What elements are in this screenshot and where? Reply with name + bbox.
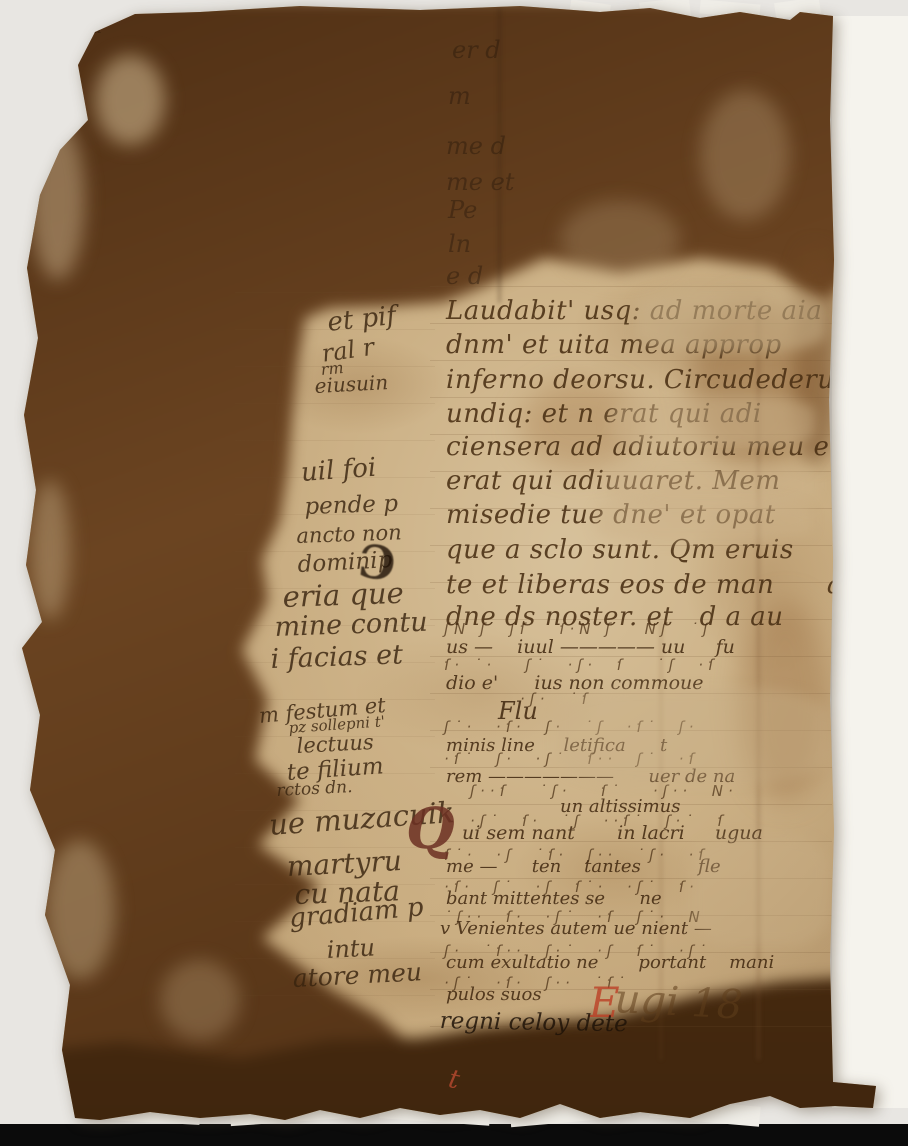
chant-text-line: cum exultatio ne portant mani [446,952,774,973]
chant-text-line: v Venientes autem ue nient — [440,918,712,939]
parchment-fragment: er d m me d me et Pe ln e d a ecu Laudab… [0,0,908,1146]
left-fragment-line: pende p [304,491,398,520]
worn-patch [30,120,85,280]
worn-patch [45,840,115,980]
left-fragment-line: eiusuin [314,370,389,398]
worn-patch [700,90,790,220]
wear-patch [636,288,826,352]
pen-blot: Ɔ [356,534,398,592]
faint-text-line: m [448,82,471,110]
faint-text-line: ln [448,230,471,258]
faint-text-line: me et [446,168,514,196]
faint-text-line: Pe [448,196,477,224]
worn-patch [30,480,70,620]
initial-q: Q [406,796,455,862]
chant-text-line: pulos suos [446,984,542,1005]
left-fragment-line: i facias et [270,639,403,675]
main-text-line: te et liberas eos de man angust [446,570,908,600]
worn-patch [560,200,680,280]
wear-patch [610,396,815,448]
worn-patch [160,960,240,1040]
faint-text-line: a ecu [56,18,102,38]
bottom-text-line: regni celoy dete [440,1008,628,1037]
fragment-shadow: er d m me d me et Pe ln e d a ecu Laudab… [0,0,908,1146]
left-fragment-line: mine contu [274,607,428,643]
faint-text-line: er d [452,36,501,64]
faint-text-line: e d [446,262,483,290]
faint-text-line: me d [446,132,506,160]
left-fragment-line: rctos dn. [276,777,353,801]
chant-text-line: bant mittentes se ne [446,888,662,909]
wear-patch [596,498,811,542]
chant-text-line: me — ten tantes fle [446,856,721,877]
main-text-line: inferno deorsu. Circudederuntu [446,365,880,395]
faded-heading: ugi 18 [614,976,744,1029]
worn-patch [95,55,165,145]
chant-text-line: us — iuul ————— uu fu [446,636,735,658]
wear-patch [556,688,830,784]
photograph: er d m me d me et Pe ln e d a ecu Laudab… [0,0,908,1146]
wear-patch [690,836,830,946]
left-fragment-line: uil foi [300,453,377,488]
